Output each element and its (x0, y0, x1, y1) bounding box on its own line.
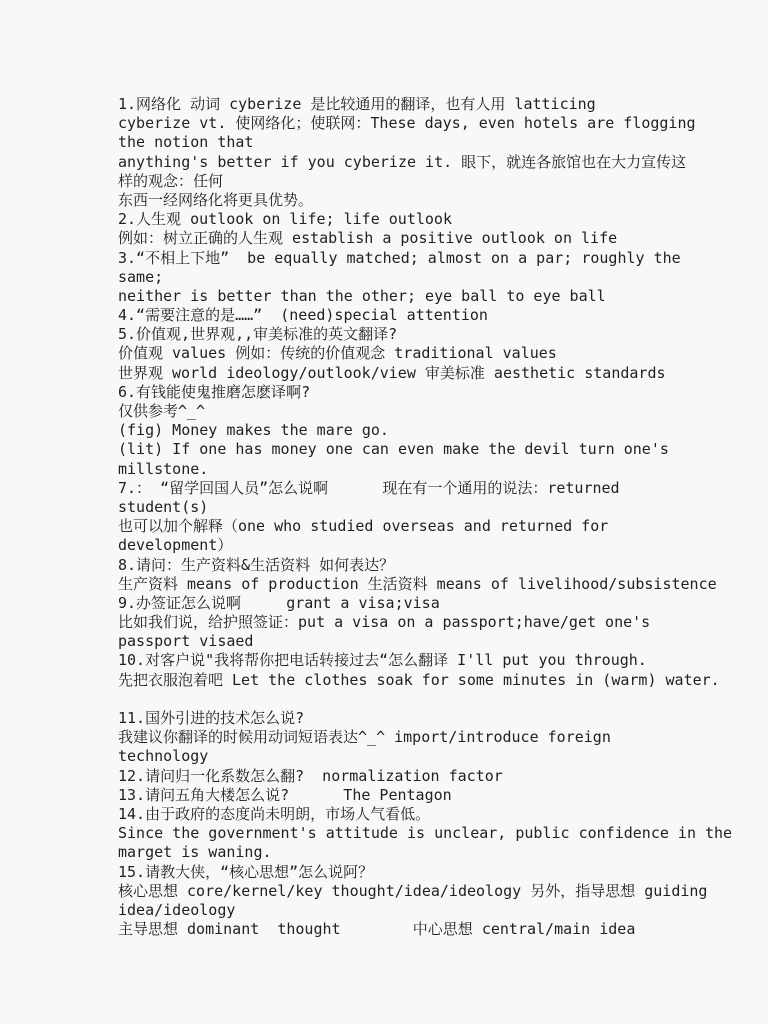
text-line: 5.价值观,世界观,,审美标准的英文翻译? (118, 325, 768, 344)
text-line: 生产资料 means of production 生活资料 means of l… (118, 575, 768, 594)
text-line: 9.办签证怎么说啊 grant a visa;visa (118, 594, 768, 613)
text-line: 我建议你翻译的时候用动词短语表达^_^ import/introduce for… (118, 728, 768, 747)
text-line: 14.由于政府的态度尚未明朗，市场人气看低。 (118, 805, 768, 824)
text-line: Since the government's attitude is uncle… (118, 824, 768, 843)
text-line: anything's better if you cyberize it. 眼下… (118, 153, 768, 172)
text-line: (fig) Money makes the mare go. (118, 421, 768, 440)
text-line: 价值观 values 例如：传统的价值观念 traditional values (118, 344, 768, 363)
text-line: 4.“需要注意的是……” (need)special attention (118, 306, 768, 325)
text-line: 东西一经网络化将更具优势。 (118, 191, 768, 210)
document-lines: 1.网络化 动词 cyberize 是比较通用的翻译，也有人用 latticin… (118, 95, 768, 939)
text-line: 也可以加个解释（one who studied overseas and ret… (118, 517, 768, 536)
text-line: 7.： “留学回国人员”怎么说啊 现在有一个通用的说法：returned (118, 479, 768, 498)
text-line: 仅供参考^_^ (118, 402, 768, 421)
document-page: 1.网络化 动词 cyberize 是比较通用的翻译，也有人用 latticin… (0, 0, 768, 1024)
text-line: 世界观 world ideology/outlook/view 审美标准 aes… (118, 364, 768, 383)
text-line: millstone. (118, 460, 768, 479)
text-line: 11.国外引进的技术怎么说? (118, 709, 768, 728)
text-line: 8.请问：生产资料&生活资料 如何表达？ (118, 556, 768, 575)
text-line: 先把衣服泡着吧 Let the clothes soak for some mi… (118, 671, 768, 690)
text-line: 12.请问归一化系数怎么翻? normalization factor (118, 767, 768, 786)
text-line: 主导思想 dominant thought 中心思想 central/main … (118, 920, 768, 939)
text-line: (lit) If one has money one can even make… (118, 440, 768, 459)
text-line: neither is better than the other; eye ba… (118, 287, 768, 306)
text-line: 核心思想 core/kernel/key thought/idea/ideolo… (118, 882, 768, 901)
text-line: 2.人生观 outlook on life; life outlook (118, 210, 768, 229)
text-line: 例如：树立正确的人生观 establish a positive outlook… (118, 229, 768, 248)
text-line: 13.请问五角大楼怎么说? The Pentagon (118, 786, 768, 805)
text-line: 15.请教大侠，“核心思想”怎么说阿？ (118, 863, 768, 882)
text-line: 比如我们说，给护照签证：put a visa on a passport;hav… (118, 613, 768, 632)
text-line: 3.“不相上下地” be equally matched; almost on … (118, 249, 768, 268)
text-line: passport visaed (118, 632, 768, 651)
text-line: technology (118, 747, 768, 766)
text-line: marget is waning. (118, 843, 768, 862)
text-line: same; (118, 268, 768, 287)
text-line: 1.网络化 动词 cyberize 是比较通用的翻译，也有人用 latticin… (118, 95, 768, 114)
text-line: 6.有钱能使鬼推磨怎麽译啊? (118, 383, 768, 402)
text-line: development） (118, 536, 768, 555)
text-line: cyberize vt. 使网络化；使联网：These days, even h… (118, 114, 768, 133)
text-line: student(s) (118, 498, 768, 517)
text-line: idea/ideology (118, 901, 768, 920)
text-line: 样的观念：任何 (118, 172, 768, 191)
text-line (118, 690, 768, 709)
text-line: 10.对客户说"我将帮你把电话转接过去“怎么翻译 I'll put you th… (118, 651, 768, 670)
text-line: the notion that (118, 133, 768, 152)
